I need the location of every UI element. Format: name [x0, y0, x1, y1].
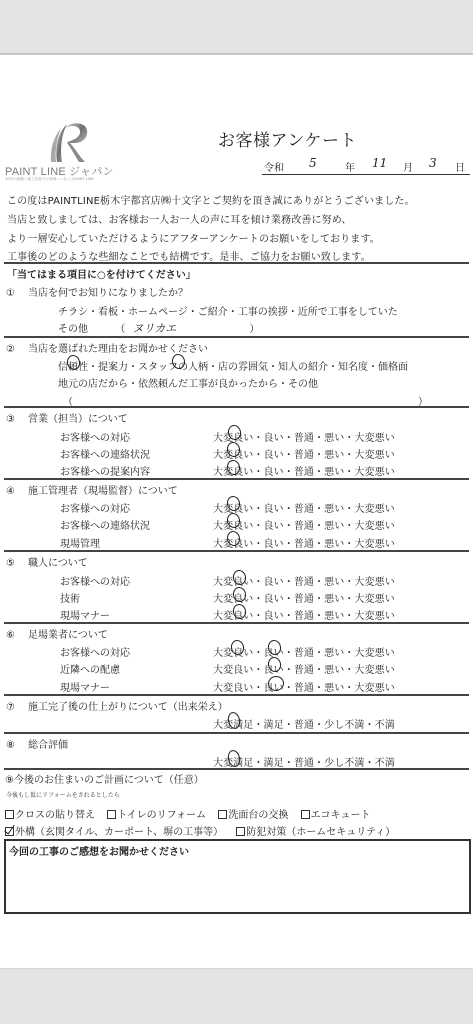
q6-row-label: お客様への対応 [60, 644, 130, 659]
q2-options-line2[interactable]: 地元の店だから・依然頼んだ工事が良かったから・その他 [58, 375, 318, 390]
date-field: 令和 5 年 11 月 3 日 [262, 157, 470, 175]
divider [4, 732, 469, 734]
q4-row-label: お客様への対応 [60, 500, 130, 515]
q6-title-text: 足場業者について [28, 630, 108, 641]
q1-other-value[interactable]: ヌリカエ [132, 322, 176, 335]
checkbox-ecocute[interactable]: エコキュート [301, 810, 371, 821]
q1-number: ① [6, 288, 28, 299]
checkbox-icon[interactable] [236, 827, 245, 836]
checkbox-icon[interactable] [107, 810, 116, 819]
q5-number: ⑤ [6, 558, 28, 569]
intro-line-4: 工事後のどのような些細なことでも結構です。是非、ご協力をお願い致します。 [7, 248, 371, 263]
q3-row-label: お客様への提案内容 [60, 463, 150, 478]
q1-options[interactable]: チラシ・看板・ホームページ・ご紹介・工事の挨拶・近所で工事をしていた [58, 303, 398, 318]
checkbox-security[interactable]: 防犯対策（ホームセキュリティ） [236, 827, 395, 838]
date-month-value[interactable]: 11 [372, 156, 387, 170]
checkbox-checked-icon[interactable] [5, 827, 14, 836]
checkbox-icon[interactable] [218, 810, 227, 819]
date-month-label: 月 [403, 159, 413, 174]
q7-number: ⑦ [6, 702, 28, 713]
top-margin-band [0, 0, 473, 55]
checkbox-label: クロスの貼り替え [15, 810, 95, 821]
q2-options-line1[interactable]: 信頼性・提案力・スタッフの人柄・店の雰囲気・知人の紹介・知名度・価格面 [58, 358, 408, 373]
q5-row-label: 現場マナー [60, 607, 110, 622]
q6-row-label: 現場マナー [60, 679, 110, 694]
q4-row-options[interactable]: 大変良い・良い・普通・悪い・大変悪い [213, 535, 395, 550]
q4-row-label: お客様への連絡状況 [60, 517, 150, 532]
checkbox-toilet-reform[interactable]: トイレのリフォーム [107, 810, 206, 821]
q7-options[interactable]: 大変満足・満足・普通・少し不満・不満 [213, 716, 395, 731]
q6-number: ⑥ [6, 630, 28, 641]
date-era: 令和 [264, 159, 284, 174]
q5-title: ⑤職人について [6, 554, 88, 569]
checkbox-label: 外構（玄関タイル、カーポート、塀の工事等） [15, 827, 223, 838]
checkbox-icon[interactable] [5, 810, 14, 819]
checkbox-washbasin[interactable]: 洗面台の交換 [218, 810, 288, 821]
intro-line-2: 当店と致しましては、お客様お一人お一人の声に耳を傾け業務改善に努め、 [7, 211, 352, 226]
q2-title: ②当店を選ばれた理由をお聞かせください [6, 340, 208, 355]
checkbox-exterior[interactable]: 外構（玄関タイル、カーポート、塀の工事等） [5, 827, 223, 838]
q9-title: ⑨今後のお住まいのご計画について（任意） [5, 771, 204, 786]
q9-subtitle: 今後もし仮にリフォームをされるとしたら [6, 790, 120, 799]
q5-row-label: 技術 [60, 590, 80, 605]
q8-title: ⑧総合評価 [6, 736, 68, 751]
instruction-heading: 「当てはまる項目に○を付けてください」 [7, 266, 196, 281]
checkbox-cross-replacement[interactable]: クロスの貼り替え [5, 810, 95, 821]
date-day-value[interactable]: 3 [429, 156, 437, 170]
q3-row-label: お客様への対応 [60, 429, 130, 444]
checkbox-label: 防犯対策（ホームセキュリティ） [246, 827, 395, 838]
q6-row-options[interactable]: 大変良い・良い・普通・悪い・大変悪い [213, 661, 395, 676]
q3-row-options[interactable]: 大変良い・良い・普通・悪い・大変悪い [213, 463, 395, 478]
q4-row-options[interactable]: 大変良い・良い・普通・悪い・大変悪い [213, 517, 395, 532]
q4-title: ④施工管理者（現場監督）について [6, 482, 178, 497]
divider [4, 768, 469, 770]
q2-title-text: 当店を選ばれた理由をお聞かせください [28, 344, 208, 355]
q2-number: ② [6, 344, 28, 355]
q8-number: ⑧ [6, 740, 28, 751]
page-title: お客様アンケート [218, 126, 357, 151]
paren-close: ） [249, 324, 259, 335]
date-day-label: 日 [455, 159, 465, 174]
checkbox-icon[interactable] [301, 810, 310, 819]
feedback-label: 今回の工事のご感想をお聞かせください [9, 843, 189, 858]
q5-row-label: お客様への対応 [60, 573, 130, 588]
q6-row-options[interactable]: 大変良い・良い・普通・悪い・大変悪い [213, 679, 395, 694]
q1-other: その他 （ ヌリカエ ） [58, 320, 259, 336]
divider [4, 622, 469, 624]
q5-title-text: 職人について [28, 558, 88, 569]
q9-checkbox-row-1: クロスの貼り替え トイレのリフォーム 洗面台の交換 エコキュート [5, 806, 371, 821]
q6-title: ⑥足場業者について [6, 626, 108, 641]
q4-number: ④ [6, 486, 28, 497]
checkbox-label: 洗面台の交換 [228, 810, 288, 821]
bottom-margin-band [0, 968, 473, 1024]
q1-title-text: 当店を何でお知りになりましたか？ [28, 288, 188, 299]
divider [4, 550, 469, 552]
date-year-value[interactable]: 5 [309, 156, 317, 170]
divider [4, 262, 469, 264]
intro-line-1: この度はPAINTLINE栃木宇都宮店㈱十文字とご契約を頂き誠にありがとうござい… [7, 192, 415, 207]
divider [4, 406, 469, 408]
divider [4, 336, 469, 338]
q7-title-text: 施工完了後の仕上がりについて（出来栄え） [28, 702, 228, 713]
q4-title-text: 施工管理者（現場監督）について [28, 486, 178, 497]
q3-title-text: 営業（担当）について [28, 414, 128, 425]
q3-title: ③営業（担当）について [6, 410, 128, 425]
q1-other-label: その他 [58, 324, 88, 335]
q8-options[interactable]: 大変満足・満足・普通・少し不満・不満 [213, 754, 395, 769]
divider [4, 694, 469, 696]
q8-title-text: 総合評価 [28, 740, 68, 751]
checkbox-label: トイレのリフォーム [117, 810, 206, 821]
q6-row-label: 近隣への配慮 [60, 661, 120, 676]
q3-row-options[interactable]: 大変良い・良い・普通・悪い・大変悪い [213, 446, 395, 461]
divider [4, 478, 469, 480]
paren-open: （ [115, 324, 125, 335]
company-logo: PAINT LINE ジャパン 50年の経験と施工技術でお客様へつなぐるPAIN… [5, 118, 130, 184]
q3-number: ③ [6, 414, 28, 425]
date-year-label: 年 [345, 159, 355, 174]
logo-tagline: 50年の経験と施工技術でお客様へつなぐるPAINT LINE [5, 177, 94, 182]
q4-row-label: 現場管理 [60, 535, 100, 550]
q9-checkbox-row-2: 外構（玄関タイル、カーポート、塀の工事等） 防犯対策（ホームセキュリティ） [5, 823, 395, 838]
q3-row-label: お客様への連絡状況 [60, 446, 150, 461]
intro-line-3: より一層安心していただけるようにアフターアンケートのお願いをしております。 [7, 230, 380, 245]
logo-mark-icon [43, 118, 91, 164]
q1-title: ①当店を何でお知りになりましたか？ [6, 284, 188, 299]
feedback-box[interactable]: 今回の工事のご感想をお聞かせください [4, 839, 471, 914]
q7-title: ⑦施工完了後の仕上がりについて（出来栄え） [6, 698, 228, 713]
q4-row-options[interactable]: 大変良い・良い・普通・悪い・大変悪い [213, 500, 395, 515]
checkbox-label: エコキュート [311, 810, 371, 821]
